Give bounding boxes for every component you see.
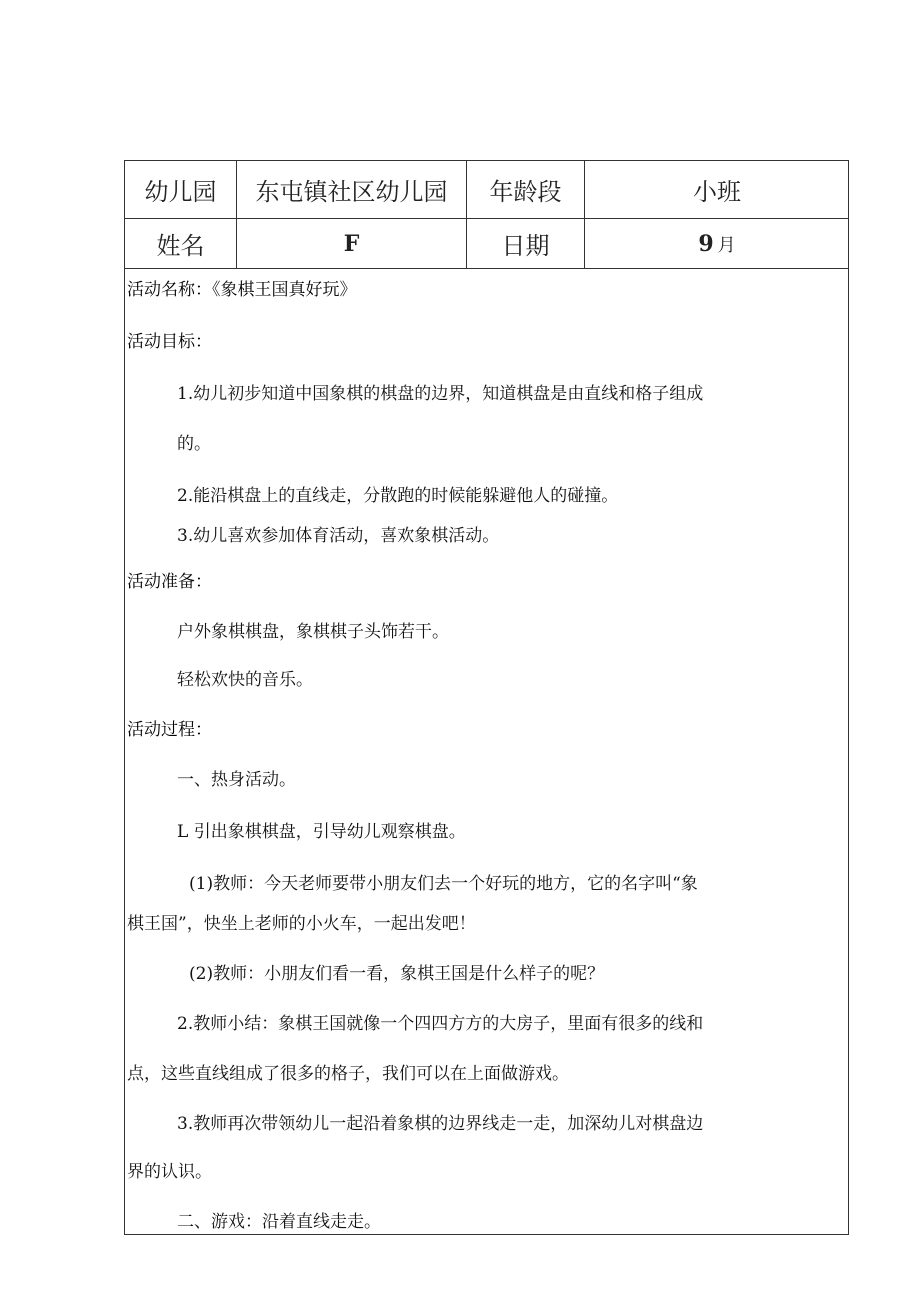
- name-value: F: [237, 219, 467, 268]
- activity-name: 活动名称：《象棋王国真好玩》: [127, 275, 357, 300]
- age-group-label: 年龄段: [467, 161, 585, 218]
- goals-heading: 活动目标：: [127, 327, 212, 352]
- process-step-2-cont: 点，这些直线组成了很多的格子，我们可以在上面做游戏。: [127, 1059, 569, 1084]
- kindergarten-value: 东屯镇社区幼儿园: [237, 161, 467, 218]
- goal-item-2: 2.能沿棋盘上的直线走，分散跑的时候能躲避他人的碰撞。: [177, 481, 618, 506]
- process-heading: 活动过程：: [127, 715, 212, 740]
- kindergarten-label: 幼儿园: [125, 161, 237, 218]
- process-step-game: 二、游戏：沿着直线走走。: [177, 1207, 381, 1232]
- process-step-2: 2.教师小结：象棋王国就像一个四四方方的大房子，里面有很多的线和: [177, 1009, 703, 1034]
- activity-name-label: 活动名称：: [127, 280, 212, 300]
- process-step-3: 3.教师再次带领幼儿一起沿着象棋的边界线走一走，加深幼儿对棋盘边: [177, 1109, 703, 1134]
- process-step-1-2: (2)教师：小朋友们看一看，象棋王国是什么样子的呢？: [189, 959, 604, 984]
- date-label: 日期: [467, 219, 585, 268]
- process-step-1-1: (1)教师：今天老师要带小朋友们去一个好玩的地方，它的名字叫“象: [189, 869, 698, 894]
- age-group-value: 小班: [585, 161, 849, 218]
- process-step-warmup: 一、热身活动。: [177, 765, 296, 790]
- goal-item-3: 3.幼儿喜欢参加体育活动，喜欢象棋活动。: [177, 521, 499, 546]
- goal-item-1: 1.幼儿初步知道中国象棋的棋盘的边界，知道棋盘是由直线和格子组成: [177, 379, 703, 404]
- prep-item-2: 轻松欢快的音乐。: [177, 665, 313, 690]
- process-step-1-1-cont: 棋王国”，快坐上老师的小火车，一起出发吧！: [127, 909, 476, 934]
- date-month-number: 9: [698, 231, 713, 257]
- header-row-2: 姓名 F 日期 9月: [125, 219, 848, 269]
- header-row-1: 幼儿园 东屯镇社区幼儿园 年龄段 小班: [125, 161, 848, 219]
- date-value: 9月: [585, 219, 849, 268]
- name-label: 姓名: [125, 219, 237, 268]
- goal-item-1-cont: 的。: [177, 429, 211, 454]
- prep-item-1: 户外象棋棋盘，象棋棋子头饰若干。: [177, 617, 449, 642]
- prep-heading: 活动准备：: [127, 567, 212, 592]
- process-step-1: L 引出象棋棋盘，引导幼儿观察棋盘。: [177, 817, 466, 842]
- activity-name-value: 《象棋王国真好玩》: [212, 280, 357, 300]
- process-step-3-cont: 界的认识。: [127, 1157, 212, 1182]
- date-month-unit: 月: [718, 231, 736, 257]
- lesson-plan-table: 幼儿园 东屯镇社区幼儿园 年龄段 小班 姓名 F 日期 9月 活动名称：《象棋王…: [124, 160, 849, 1235]
